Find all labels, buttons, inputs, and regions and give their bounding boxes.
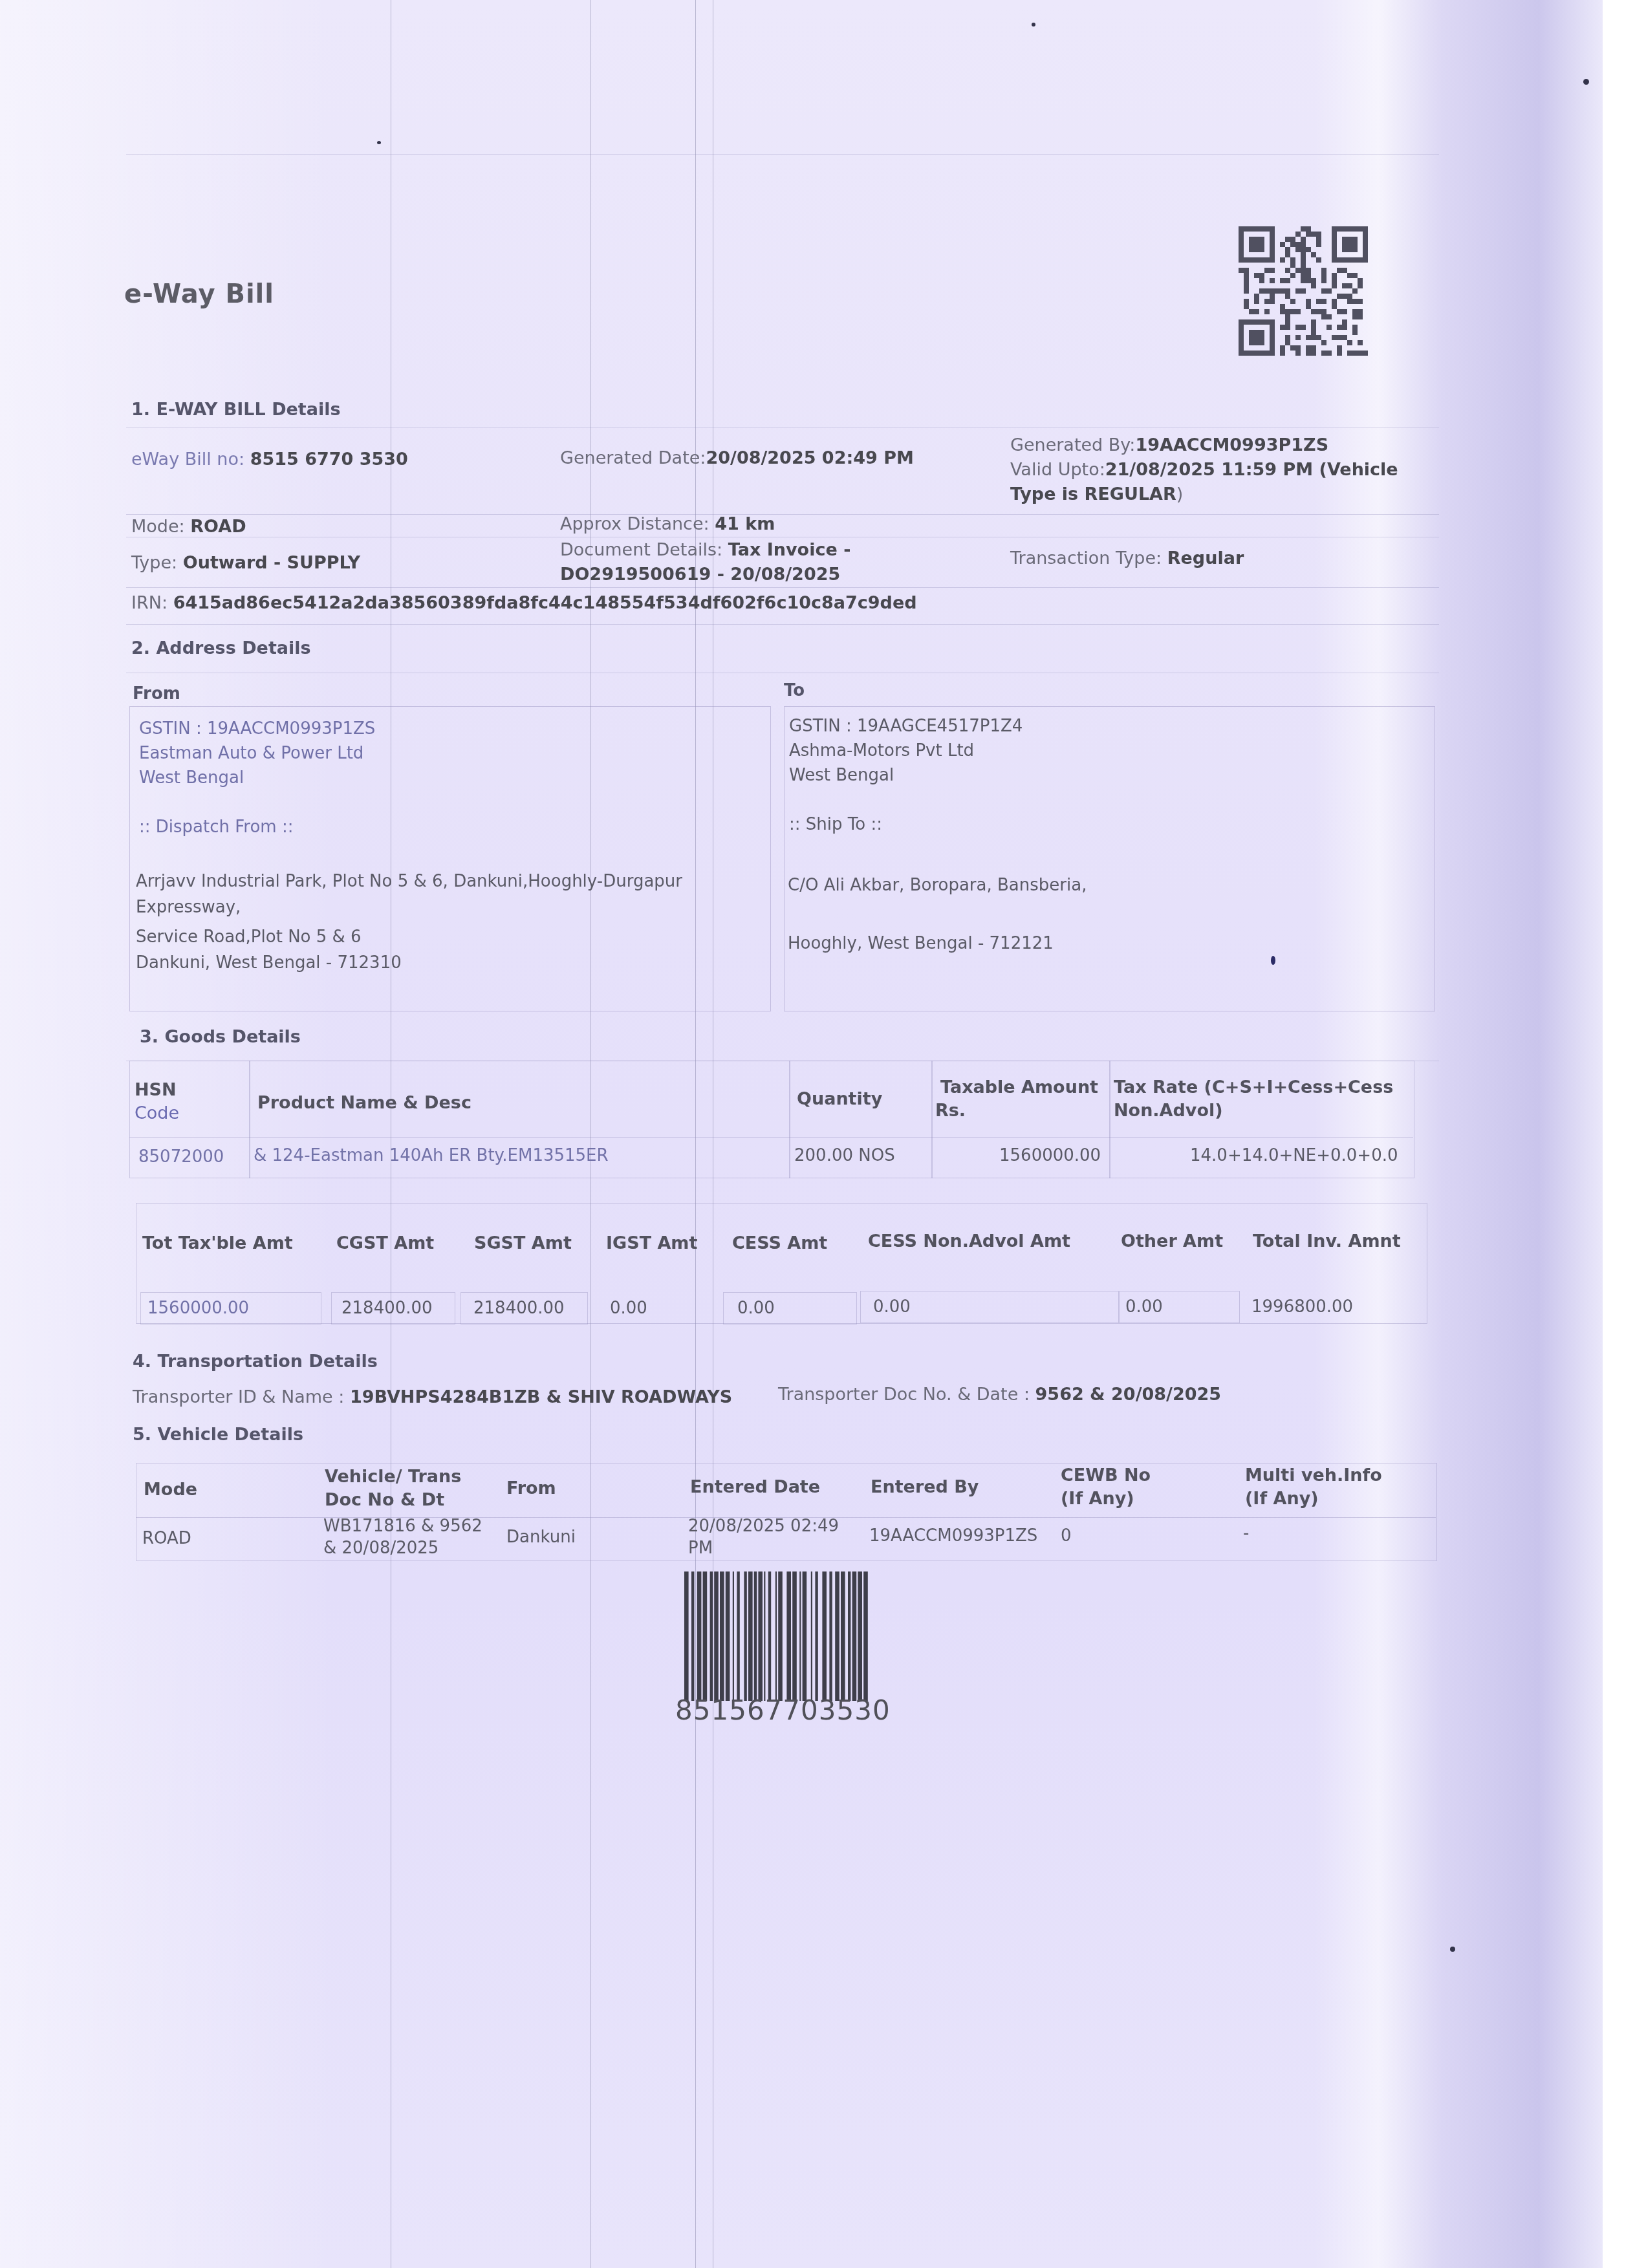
vehicle-from: Dankuni xyxy=(506,1526,576,1548)
divider xyxy=(126,624,1439,625)
other-amt-value: 0.00 xyxy=(1125,1296,1163,1318)
goods-quantity: 200.00 NOS xyxy=(794,1145,895,1167)
to-address: GSTIN : 19AAGCE4517P1Z4 Ashma-Motors Pvt… xyxy=(789,714,1023,837)
mode-value: ROAD xyxy=(190,517,246,537)
scan-speck xyxy=(377,141,381,144)
cess-non-advol-amt-value: 0.00 xyxy=(873,1296,911,1318)
col-multi-veh-info: Multi veh.Info (If Any) xyxy=(1245,1464,1382,1511)
cess-amt-value: 0.00 xyxy=(737,1297,775,1319)
generated-date-value: 20/08/2025 02:49 PM xyxy=(706,448,913,468)
col-code-label: Code xyxy=(135,1102,179,1125)
col-vehicle-doc-label-2: Doc No & Dt xyxy=(325,1489,461,1512)
goods-table-row-divider xyxy=(129,1137,1413,1138)
dispatch-address-line4: Dankuni, West Bengal - 712310 xyxy=(136,948,682,978)
valid-upto-value: 21/08/2025 11:59 PM (Vehicle xyxy=(1105,460,1398,480)
to-heading: To xyxy=(784,681,805,700)
goods-hsn: 85072000 xyxy=(138,1146,224,1168)
col-mode: Mode xyxy=(144,1478,197,1502)
vehicle-doc-line1: WB171816 & 9562 xyxy=(323,1515,482,1537)
mode: Mode: ROAD xyxy=(131,515,246,539)
goods-product: & 124-Eastman 140Ah ER Bty.EM13515ER xyxy=(254,1145,609,1167)
col-quantity: Quantity xyxy=(797,1088,882,1111)
col-cess-non-advol-amt: CESS Non.Advol Amt xyxy=(868,1230,1070,1253)
transporter-id-name: Transporter ID & Name : 19BVHPS4284B1ZB … xyxy=(133,1385,732,1410)
to-name: Ashma-Motors Pvt Ltd xyxy=(789,739,1023,763)
document-details: Document Details: Tax Invoice - DO291950… xyxy=(560,538,850,587)
approx-distance-value: 41 km xyxy=(715,514,775,534)
col-total-inv-amnt: Total Inv. Amnt xyxy=(1253,1230,1401,1253)
vehicle-mode: ROAD xyxy=(142,1528,191,1550)
barcode-icon xyxy=(684,1571,869,1701)
transporter-label: Transporter ID & Name : xyxy=(133,1387,344,1407)
total-inv-amnt-value: 1996800.00 xyxy=(1251,1296,1353,1318)
transporter-doc: Transporter Doc No. & Date : 9562 & 20/0… xyxy=(778,1383,1221,1407)
qr-code-icon xyxy=(1237,226,1370,356)
valid-upto-label: Valid Upto: xyxy=(1010,460,1105,480)
col-entered-date: Entered Date xyxy=(690,1476,820,1499)
valid-upto-close-paren: ) xyxy=(1176,484,1184,504)
transporter-doc-label: Transporter Doc No. & Date : xyxy=(778,1385,1030,1405)
eway-bill-number-label: eWay Bill no: xyxy=(131,449,244,470)
col-sgst-amt: SGST Amt xyxy=(474,1232,572,1255)
approx-distance: Approx Distance: 41 km xyxy=(560,512,775,537)
vehicle-cewb: 0 xyxy=(1061,1525,1072,1547)
mode-label: Mode: xyxy=(131,517,185,537)
col-hsn-label: HSN xyxy=(135,1079,179,1102)
divider xyxy=(126,154,1439,155)
col-cewb-label-2: (If Any) xyxy=(1061,1487,1151,1511)
goods-taxable-amount: 1560000.00 xyxy=(999,1145,1101,1167)
barcode-number: 851567703530 xyxy=(675,1694,891,1726)
col-taxable-amount-label: Taxable Amount xyxy=(935,1076,1098,1099)
vehicle-multi-info: - xyxy=(1243,1522,1249,1544)
ship-to-address-line2: Hooghly, West Bengal - 712121 xyxy=(788,931,1087,956)
col-vehicle-doc-label: Vehicle/ Trans xyxy=(325,1465,461,1489)
col-tax-rate-label: Tax Rate (C+S+I+Cess+Cess xyxy=(1114,1076,1393,1099)
from-state: West Bengal xyxy=(139,766,375,790)
dispatch-from-label: :: Dispatch From :: xyxy=(139,815,375,839)
document-number-value: DO2919500619 - 20/08/2025 xyxy=(560,565,840,585)
igst-amt-value: 0.00 xyxy=(610,1297,647,1319)
to-state: West Bengal xyxy=(789,763,1023,788)
cgst-amt-value: 218400.00 xyxy=(341,1297,433,1319)
col-cgst-amt: CGST Amt xyxy=(336,1232,434,1255)
vehicle-entered-date-line1: 20/08/2025 02:49 xyxy=(688,1515,839,1537)
document-details-value: Tax Invoice - xyxy=(728,540,851,560)
divider xyxy=(126,587,1439,588)
scan-speck xyxy=(1271,956,1275,965)
vehicle-entered-date: 20/08/2025 02:49 PM xyxy=(688,1515,839,1559)
dispatch-address: Arrjavv Industrial Park, Plot No 5 & 6, … xyxy=(136,867,682,978)
generated-date-label: Generated Date: xyxy=(560,448,706,468)
from-gstin: GSTIN : 19AACCM0993P1ZS xyxy=(139,717,375,741)
to-gstin: GSTIN : 19AAGCE4517P1Z4 xyxy=(789,714,1023,739)
vehicle-entered-by: 19AACCM0993P1ZS xyxy=(869,1525,1037,1547)
col-cewb-no: CEWB No (If Any) xyxy=(1061,1464,1151,1511)
tot-taxable-amt-value: 1560000.00 xyxy=(147,1297,249,1319)
type: Type: Outward - SUPPLY xyxy=(131,551,360,576)
section-eway-bill-details-heading: 1. E-WAY BILL Details xyxy=(131,400,341,420)
from-address: GSTIN : 19AACCM0993P1ZS Eastman Auto & P… xyxy=(139,717,375,839)
generated-by-value: 19AACCM0993P1ZS xyxy=(1135,435,1328,455)
section-address-details-heading: 2. Address Details xyxy=(131,638,311,658)
ship-to-address: C/O Ali Akbar, Boropara, Bansberia, Hoog… xyxy=(788,873,1087,956)
approx-distance-label: Approx Distance: xyxy=(560,514,709,534)
irn-value: 6415ad86ec5412a2da38560389fda8fc44c14855… xyxy=(173,593,917,613)
transaction-type: Transaction Type: Regular xyxy=(1010,546,1244,571)
transaction-type-value: Regular xyxy=(1167,548,1244,568)
irn: IRN: 6415ad86ec5412a2da38560389fda8fc44c… xyxy=(131,591,917,616)
col-cess-amt: CESS Amt xyxy=(732,1232,827,1255)
ship-to-label: :: Ship To :: xyxy=(789,812,1023,837)
col-taxable-amount: Taxable Amount Rs. xyxy=(935,1076,1098,1123)
divider xyxy=(126,514,1439,515)
col-multi-veh-label: Multi veh.Info xyxy=(1245,1464,1382,1487)
col-tot-taxable-amt: Tot Tax'ble Amt xyxy=(142,1232,293,1255)
vehicle-entered-date-line2: PM xyxy=(688,1537,839,1559)
col-multi-veh-label-2: (If Any) xyxy=(1245,1487,1382,1511)
scan-speck xyxy=(1583,79,1589,85)
generated-date: Generated Date:20/08/2025 02:49 PM xyxy=(560,446,914,471)
from-name: Eastman Auto & Power Ltd xyxy=(139,741,375,766)
eway-bill-number: eWay Bill no: 8515 6770 3530 xyxy=(131,448,408,472)
vehicle-doc: WB171816 & 9562 & 20/08/2025 xyxy=(323,1515,482,1559)
scan-speck xyxy=(1450,1947,1455,1952)
col-tax-rate-label-2: Non.Advol) xyxy=(1114,1099,1393,1123)
col-other-amt: Other Amt xyxy=(1121,1230,1223,1253)
col-entered-by: Entered By xyxy=(871,1476,979,1499)
divider xyxy=(126,537,1439,537)
section-transportation-details-heading: 4. Transportation Details xyxy=(133,1352,378,1372)
eway-bill-number-value: 8515 6770 3530 xyxy=(250,449,408,470)
document-details-label: Document Details: xyxy=(560,540,722,560)
divider xyxy=(126,427,1439,427)
col-tax-rate: Tax Rate (C+S+I+Cess+Cess Non.Advol) xyxy=(1114,1076,1393,1123)
transaction-type-label: Transaction Type: xyxy=(1010,548,1162,568)
col-product-name: Product Name & Desc xyxy=(257,1092,471,1115)
col-from: From xyxy=(506,1477,556,1500)
col-hsn-code: HSN Code xyxy=(135,1079,179,1125)
section-vehicle-details-heading: 5. Vehicle Details xyxy=(133,1425,303,1445)
dispatch-address-line2: Expressway, xyxy=(136,892,682,922)
col-taxable-amount-unit: Rs. xyxy=(935,1099,1098,1123)
ship-to-address-line1: C/O Ali Akbar, Boropara, Bansberia, xyxy=(788,873,1087,898)
vehicle-doc-line2: & 20/08/2025 xyxy=(323,1537,482,1559)
transporter-doc-value: 9562 & 20/08/2025 xyxy=(1035,1385,1222,1405)
generated-by-label: Generated By: xyxy=(1010,435,1135,455)
type-label: Type: xyxy=(131,553,177,573)
generated-by-valid-upto: Generated By:19AACCM0993P1ZS Valid Upto:… xyxy=(1010,433,1437,507)
irn-label: IRN: xyxy=(131,593,168,613)
col-cewb-label: CEWB No xyxy=(1061,1464,1151,1487)
sgst-amt-value: 218400.00 xyxy=(473,1297,565,1319)
vehicle-type-value: Type is REGULAR xyxy=(1010,484,1176,504)
from-heading: From xyxy=(133,684,180,704)
type-value: Outward - SUPPLY xyxy=(183,553,360,573)
divider xyxy=(126,673,1439,673)
scan-speck xyxy=(1032,23,1035,27)
page-title: e-Way Bill xyxy=(124,279,274,309)
transporter-value: 19BVHPS4284B1ZB & SHIV ROADWAYS xyxy=(350,1387,732,1407)
col-vehicle-doc: Vehicle/ Trans Doc No & Dt xyxy=(325,1465,461,1512)
goods-tax-rate: 14.0+14.0+NE+0.0+0.0 xyxy=(1190,1145,1398,1167)
section-goods-details-heading: 3. Goods Details xyxy=(140,1027,301,1047)
col-igst-amt: IGST Amt xyxy=(606,1232,697,1255)
